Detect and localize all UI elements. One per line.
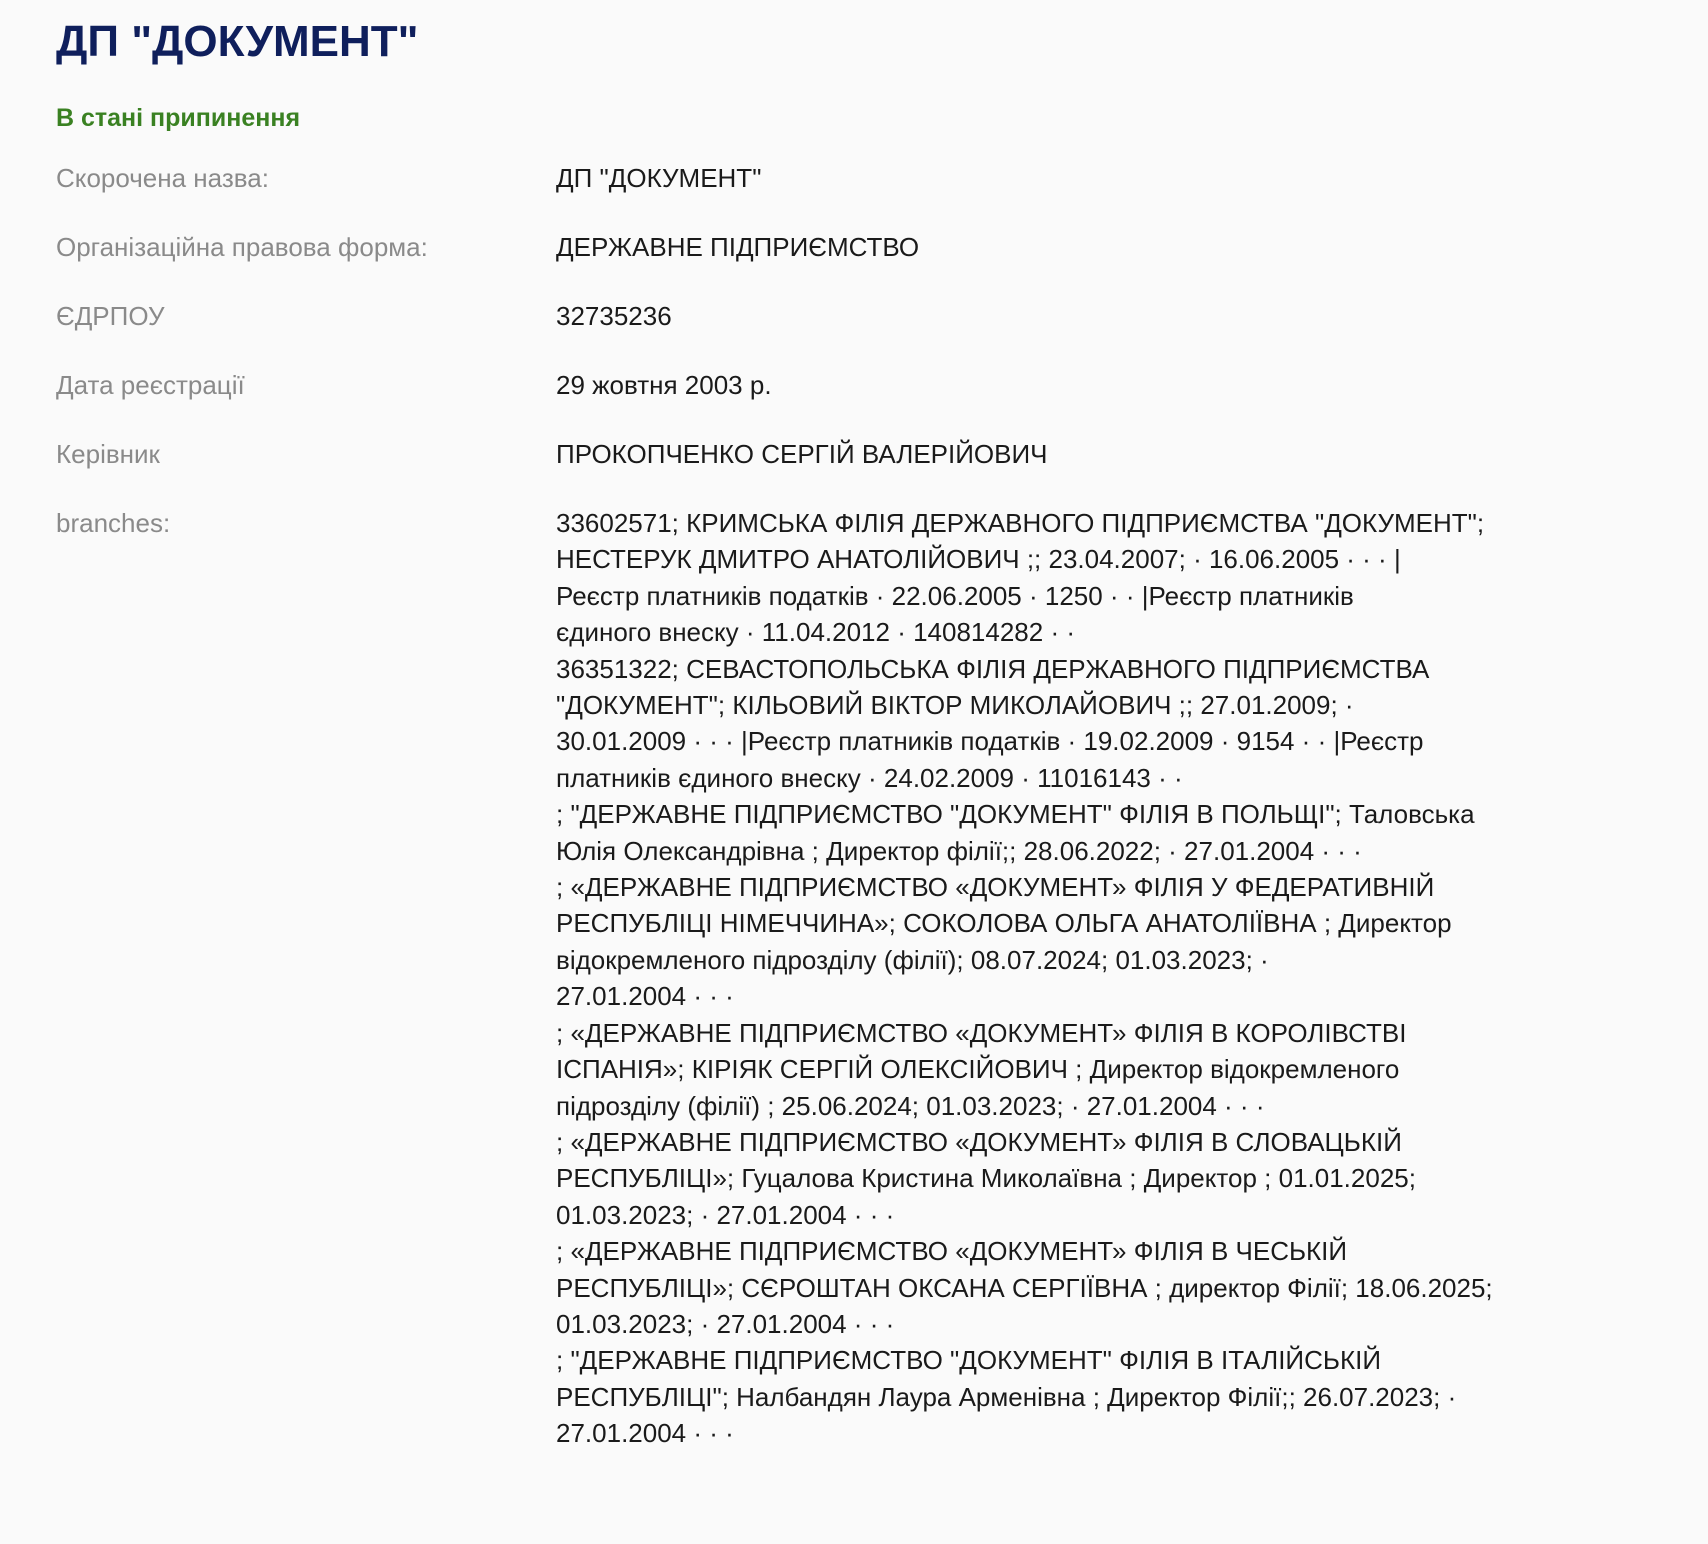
branch-line: 01.03.2023; · 27.01.2004 · · · — [556, 1306, 1656, 1342]
field-label: Скорочена назва: — [56, 160, 556, 196]
branch-line: підрозділу (філії) ; 25.06.2024; 01.03.2… — [556, 1088, 1656, 1124]
field-value: ПРОКОПЧЕНКО СЕРГІЙ ВАЛЕРІЙОВИЧ — [556, 436, 1048, 472]
field-value: 29 жовтня 2003 р. — [556, 367, 772, 403]
company-details-page: ДП "ДОКУМЕНТ" В стані припинення Скороче… — [0, 0, 1708, 1452]
field-row-registration-date: Дата реєстрації 29 жовтня 2003 р. — [56, 367, 1708, 403]
branch-line: ; «ДЕРЖАВНЕ ПІДПРИЄМСТВО «ДОКУМЕНТ» ФІЛІ… — [556, 1015, 1656, 1051]
field-value: ДП "ДОКУМЕНТ" — [556, 160, 761, 196]
branch-line: Реєстр платників податків · 22.06.2005 ·… — [556, 578, 1656, 614]
field-label: Дата реєстрації — [56, 367, 556, 403]
branch-line: "ДОКУМЕНТ"; КІЛЬОВИЙ ВІКТОР МИКОЛАЙОВИЧ … — [556, 687, 1656, 723]
field-label: ЄДРПОУ — [56, 298, 556, 334]
field-row-short-name: Скорочена назва: ДП "ДОКУМЕНТ" — [56, 160, 1708, 196]
field-row-branches: branches: 33602571; КРИМСЬКА ФІЛІЯ ДЕРЖА… — [56, 505, 1708, 1452]
branch-line: НЕСТЕРУК ДМИТРО АНАТОЛІЙОВИЧ ;; 23.04.20… — [556, 541, 1656, 577]
branch-line: ІСПАНІЯ»; КІРІЯК СЕРГІЙ ОЛЕКСІЙОВИЧ ; Ди… — [556, 1051, 1656, 1087]
field-row-director: Керівник ПРОКОПЧЕНКО СЕРГІЙ ВАЛЕРІЙОВИЧ — [56, 436, 1708, 472]
branch-line: ; «ДЕРЖАВНЕ ПІДПРИЄМСТВО «ДОКУМЕНТ» ФІЛІ… — [556, 1233, 1656, 1269]
branch-line: 27.01.2004 · · · — [556, 1415, 1656, 1451]
field-label: Керівник — [56, 436, 556, 472]
details-list: Скорочена назва: ДП "ДОКУМЕНТ" Організац… — [56, 160, 1708, 1452]
field-label: Організаційна правова форма: — [56, 229, 556, 265]
status-badge: В стані припинення — [56, 102, 1708, 134]
branch-line: РЕСПУБЛІЦІ»; Гуцалова Кристина Миколаївн… — [556, 1160, 1656, 1196]
branch-line: платників єдиного внеску · 24.02.2009 · … — [556, 760, 1656, 796]
branch-line: РЕСПУБЛІЦІ"; Налбандян Лаура Арменівна ;… — [556, 1379, 1656, 1415]
branch-line: єдиного внеску · 11.04.2012 · 140814282 … — [556, 614, 1656, 650]
branch-line: 01.03.2023; · 27.01.2004 · · · — [556, 1197, 1656, 1233]
branch-line: РЕСПУБЛІЦІ»; СЄРОШТАН ОКСАНА СЕРГІЇВНА ;… — [556, 1270, 1656, 1306]
branch-line: 33602571; КРИМСЬКА ФІЛІЯ ДЕРЖАВНОГО ПІДП… — [556, 505, 1656, 541]
field-row-legal-form: Організаційна правова форма: ДЕРЖАВНЕ ПІ… — [56, 229, 1708, 265]
branch-line: ; "ДЕРЖАВНЕ ПІДПРИЄМСТВО "ДОКУМЕНТ" ФІЛІ… — [556, 796, 1656, 832]
field-label: branches: — [56, 505, 556, 541]
field-value: 32735236 — [556, 298, 672, 334]
branch-line: 30.01.2009 · · · |Реєстр платників подат… — [556, 723, 1656, 759]
branch-line: відокремленого підрозділу (філії); 08.07… — [556, 942, 1656, 978]
branch-line: Юлія Олександрівна ; Директор філії;; 28… — [556, 833, 1656, 869]
field-row-edrpou: ЄДРПОУ 32735236 — [56, 298, 1708, 334]
branch-line: ; "ДЕРЖАВНЕ ПІДПРИЄМСТВО "ДОКУМЕНТ" ФІЛІ… — [556, 1342, 1656, 1378]
page-title: ДП "ДОКУМЕНТ" — [56, 14, 1708, 70]
branch-line: ; «ДЕРЖАВНЕ ПІДПРИЄМСТВО «ДОКУМЕНТ» ФІЛІ… — [556, 869, 1656, 905]
field-value: ДЕРЖАВНЕ ПІДПРИЄМСТВО — [556, 229, 919, 265]
branch-line: 36351322; СЕВАСТОПОЛЬСЬКА ФІЛІЯ ДЕРЖАВНО… — [556, 651, 1656, 687]
branches-list: 33602571; КРИМСЬКА ФІЛІЯ ДЕРЖАВНОГО ПІДП… — [556, 505, 1656, 1452]
branch-line: 27.01.2004 · · · — [556, 978, 1656, 1014]
branch-line: РЕСПУБЛІЦІ НІМЕЧЧИНА»; СОКОЛОВА ОЛЬГА АН… — [556, 905, 1656, 941]
branch-line: ; «ДЕРЖАВНЕ ПІДПРИЄМСТВО «ДОКУМЕНТ» ФІЛІ… — [556, 1124, 1656, 1160]
